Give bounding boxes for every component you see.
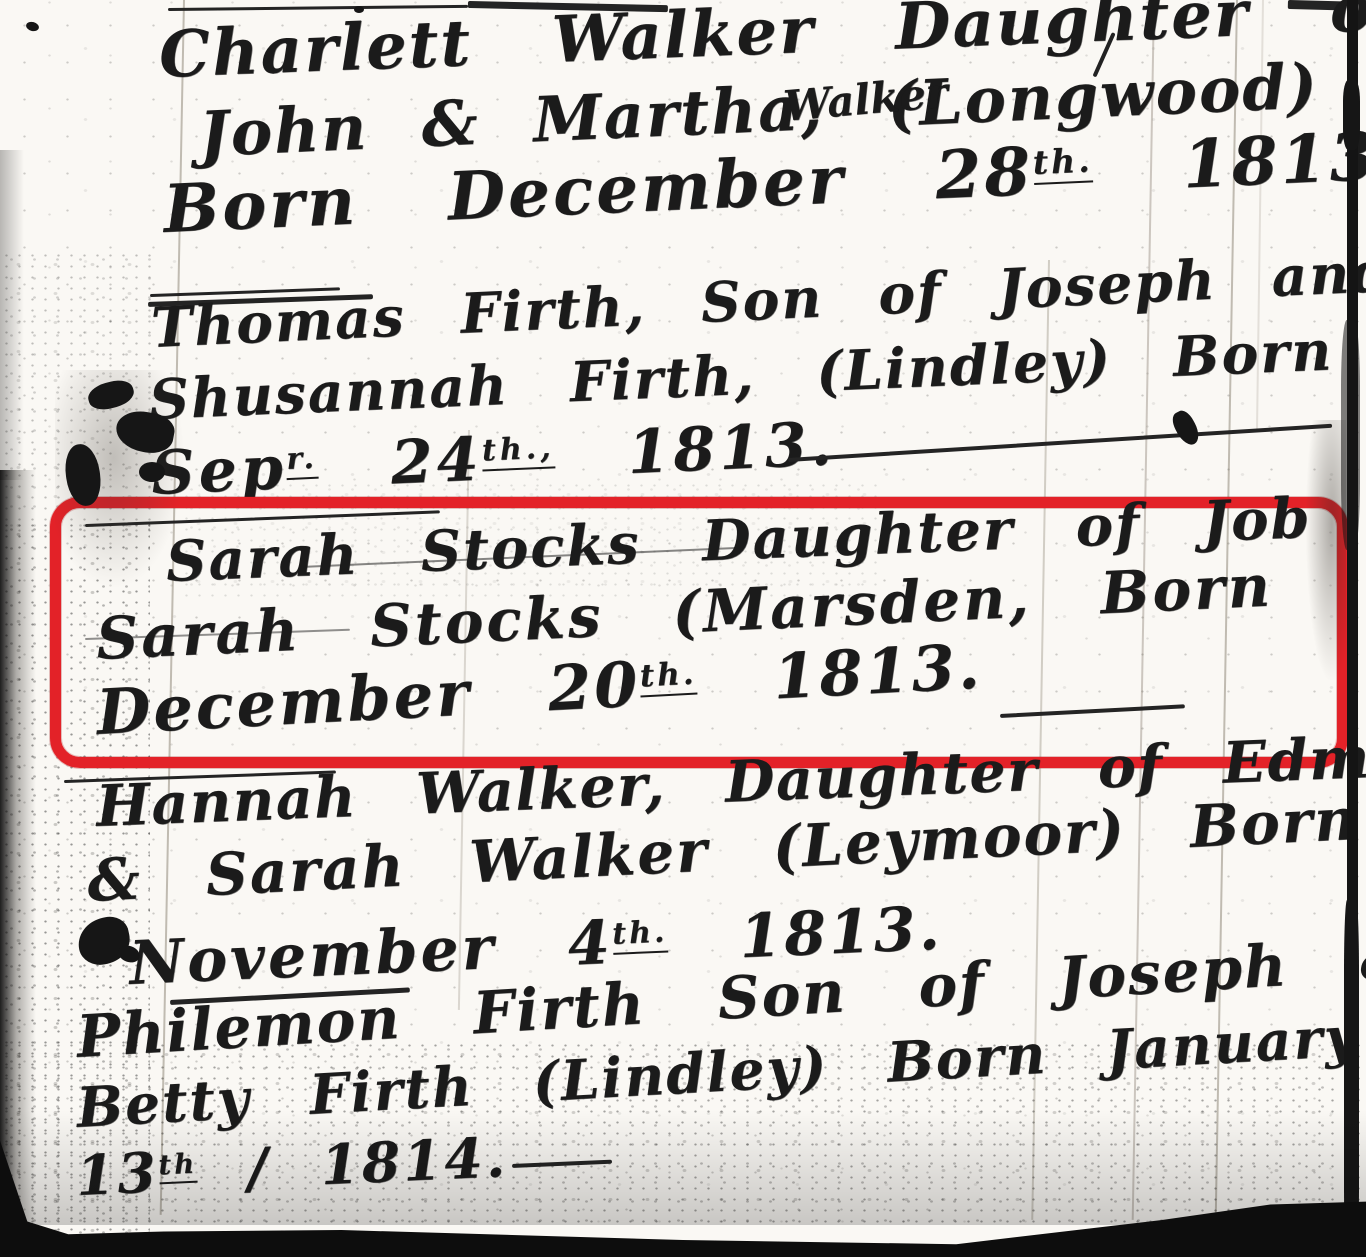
page-edge-left xyxy=(0,470,36,1257)
ink-blot xyxy=(85,376,136,413)
ink-speck xyxy=(25,20,40,32)
page-edge-left xyxy=(0,150,24,480)
register-text: 24 xyxy=(317,425,484,502)
register-line: 13th / 1814. xyxy=(75,1129,509,1203)
ordinal-superscript: th. xyxy=(1032,140,1094,185)
page-edge-binding xyxy=(1341,320,1360,550)
ordinal-superscript: th. xyxy=(611,915,668,955)
ordinal-superscript: r. xyxy=(286,441,319,480)
register-page: Charlett Walker Daughter of John & Marth… xyxy=(0,0,1366,1257)
ink-speck xyxy=(354,6,364,13)
ordinal-superscript: th., xyxy=(481,431,555,472)
page-edge-binding xyxy=(1343,80,1360,150)
ordinal-superscript: th xyxy=(158,1148,198,1185)
register-text: / 1814. xyxy=(196,1124,509,1202)
register-text: 13 xyxy=(75,1139,160,1208)
ink-blot xyxy=(1169,407,1204,448)
register-text: 1813 xyxy=(1091,117,1366,207)
register-text: 1813. xyxy=(553,409,837,491)
handwritten-rule xyxy=(788,424,1332,462)
handwritten-rule xyxy=(512,1160,612,1168)
ordinal-superscript: th. xyxy=(639,655,698,697)
ink-blot xyxy=(139,462,165,482)
register-text: 1813. xyxy=(695,630,984,718)
